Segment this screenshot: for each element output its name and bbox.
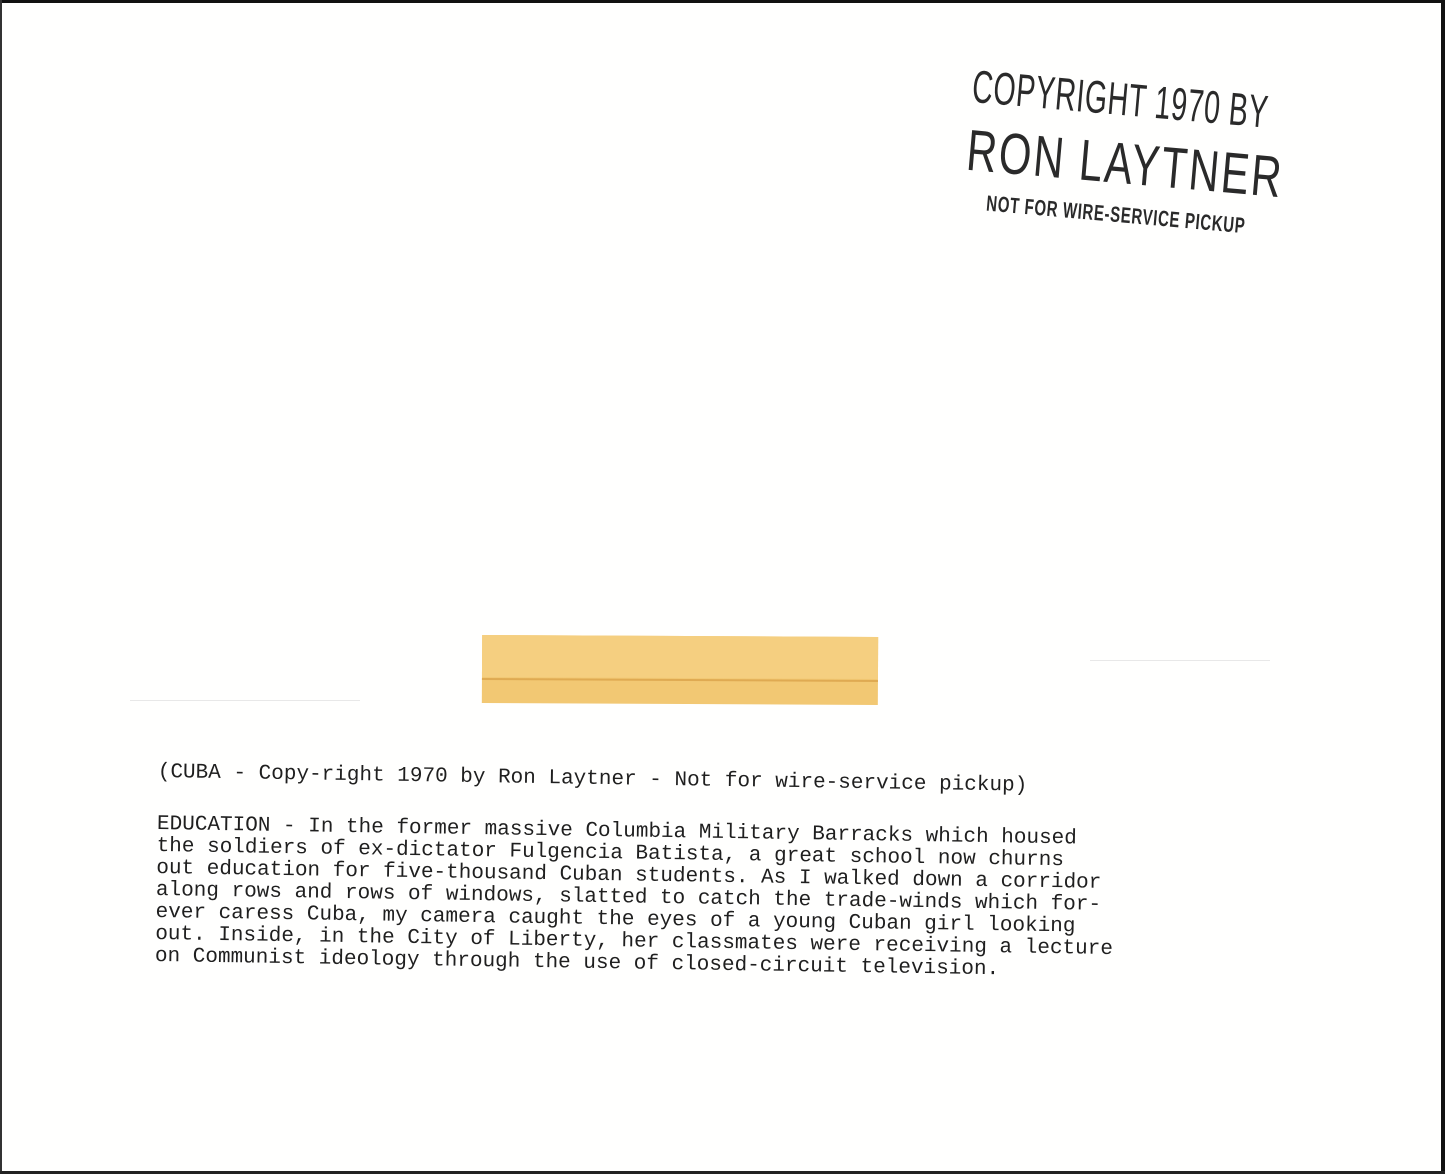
page-edge-right (1441, 0, 1445, 1174)
page-edge-top (0, 0, 1445, 3)
caption-body: EDUCATION - In the former massive Columb… (155, 814, 1277, 986)
faint-paper-mark (130, 700, 360, 701)
typed-caption: (CUBA - Copy-right 1970 by Ron Laytner -… (155, 760, 1278, 986)
caption-header: (CUBA - Copy-right 1970 by Ron Laytner -… (158, 760, 1278, 804)
copyright-stamp: COPYRIGHT 1970 BY RON LAYTNER NOT FOR WI… (961, 58, 1333, 247)
page-edge-left (0, 0, 2, 1174)
adhesive-tape-strip (482, 635, 878, 705)
faint-paper-mark (1090, 660, 1270, 661)
tape-upper-half (482, 635, 878, 679)
photo-back-page: COPYRIGHT 1970 BY RON LAYTNER NOT FOR WI… (0, 0, 1445, 1174)
